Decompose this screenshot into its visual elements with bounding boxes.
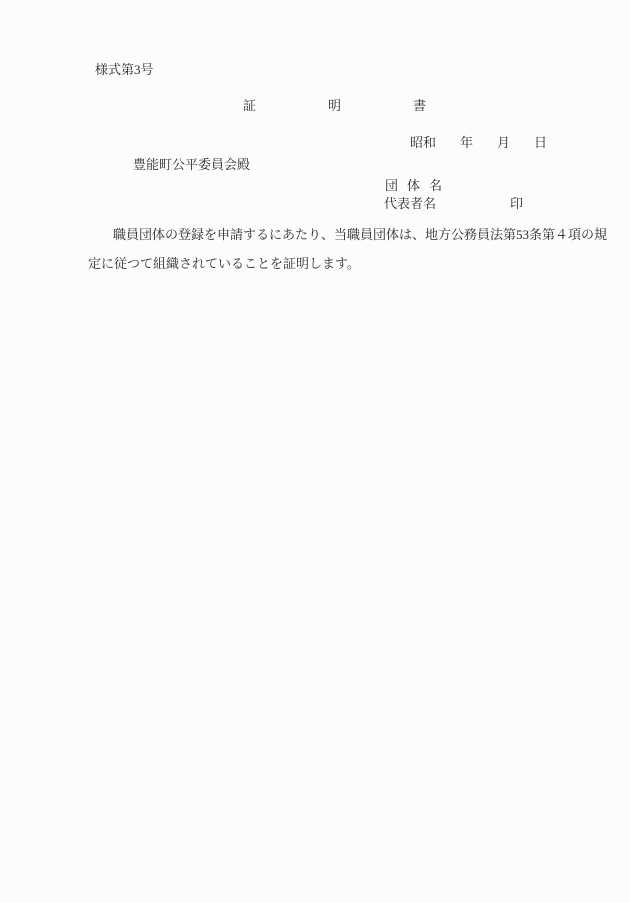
form-number: 様式第3号 xyxy=(95,63,154,77)
date-day-blank xyxy=(510,136,534,150)
organization-name-label: 団体名 xyxy=(385,179,451,193)
body-text-line-1: 職員団体の登録を申請するにあたり、当職員団体は、地方公務員法第53条第４項の規 xyxy=(113,228,607,242)
representative-name-label: 代表者名 xyxy=(384,197,436,211)
date-month-blank xyxy=(473,136,497,150)
body-text-line-2: 定に従つて組織されていることを証明します。 xyxy=(88,257,360,271)
seal-mark: 印 xyxy=(510,197,523,211)
date-day-label: 日 xyxy=(534,136,547,150)
document-page: 様式第3号 証明書 昭和 年 月 日 豊能町公平委員会殿 団体名 代表者名 印 … xyxy=(0,0,630,903)
document-title: 証明書 xyxy=(243,99,498,113)
date-line: 昭和 年 月 日 xyxy=(410,136,547,150)
date-month-label: 月 xyxy=(497,136,510,150)
addressee: 豊能町公平委員会殿 xyxy=(133,158,250,172)
date-era-label: 昭和 xyxy=(410,136,436,150)
date-year-label: 年 xyxy=(460,136,473,150)
date-year-blank xyxy=(436,136,460,150)
